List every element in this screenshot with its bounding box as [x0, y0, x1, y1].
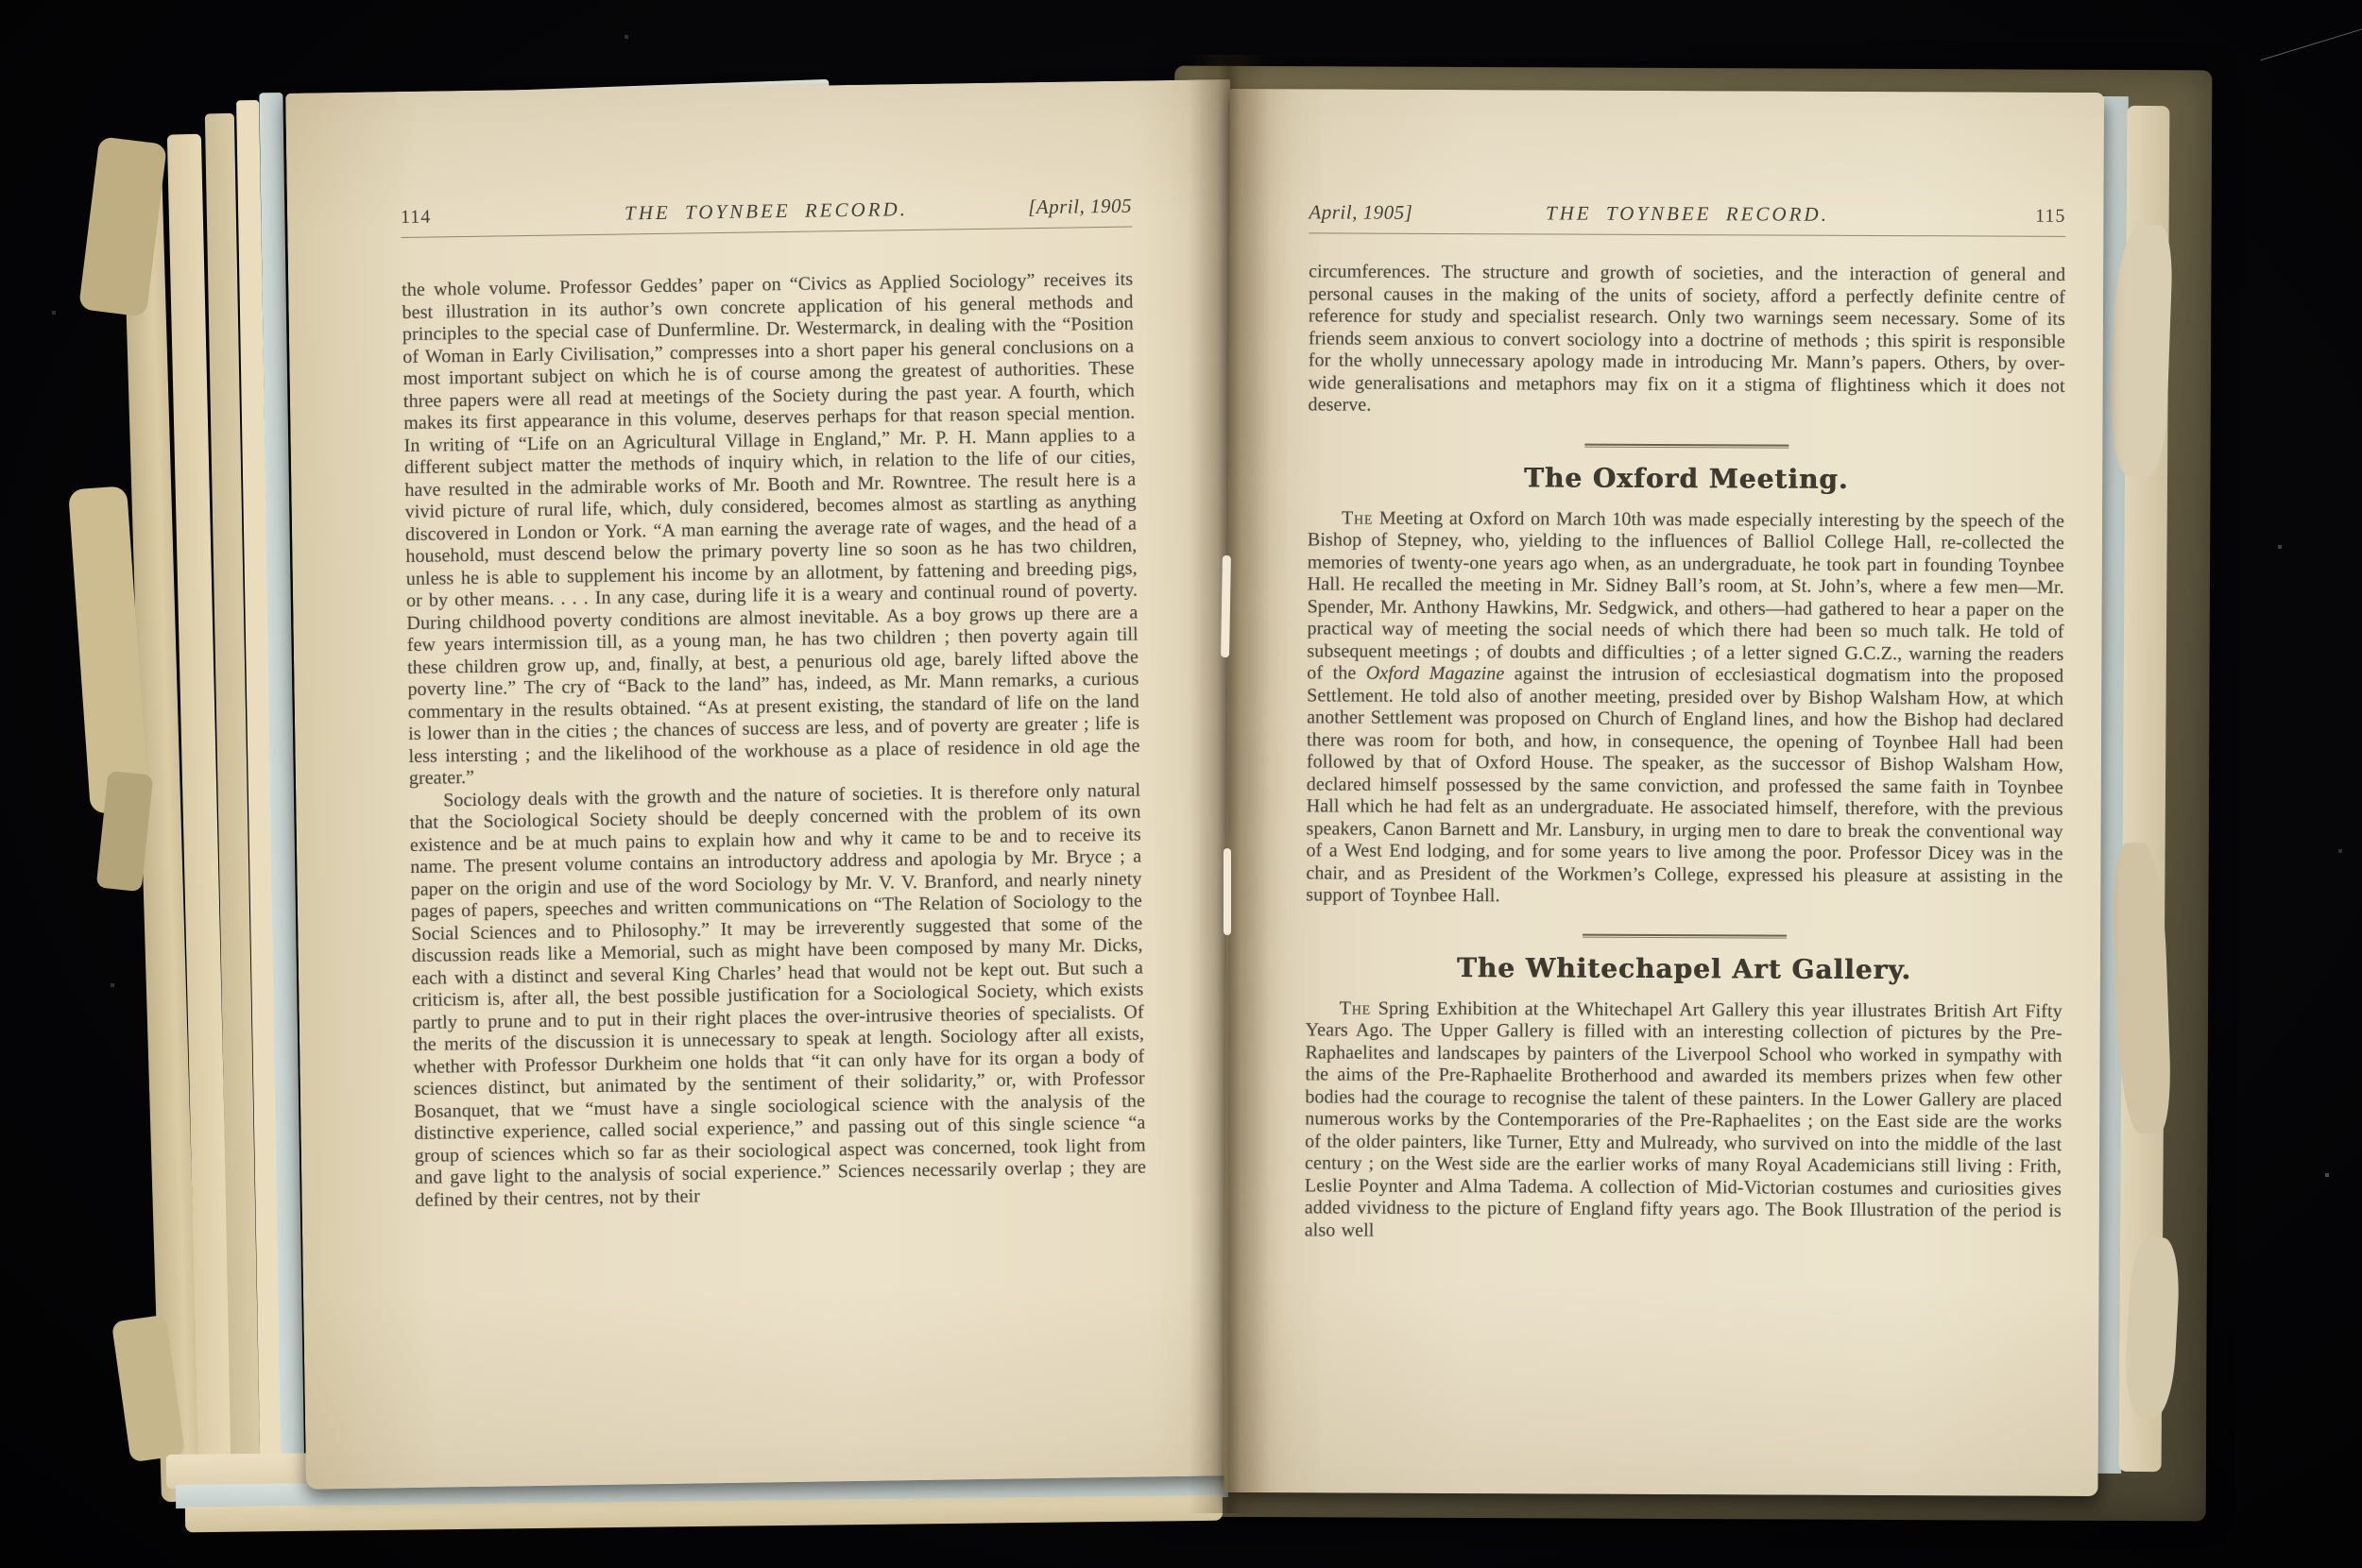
gutter-paper-sliver [1221, 555, 1231, 657]
header-rule [1309, 232, 2065, 236]
paragraph: The Spring Exhibition at the Whitechapel… [1305, 997, 2062, 1245]
italic-journal-title: Oxford Magazine [1366, 663, 1505, 685]
section-divider [1584, 443, 1789, 448]
gutter-paper-sliver [1224, 848, 1231, 935]
left-page-number: 114 [401, 207, 432, 229]
paragraph: Sociology deals with the growth and the … [409, 779, 1147, 1212]
book-photo: 114 THE TOYNBEE RECORD. [April, 1905 the… [0, 0, 2362, 1568]
right-page-number: 115 [2035, 206, 2065, 228]
section-divider [1583, 933, 1787, 938]
header-rule [401, 227, 1132, 238]
right-page-header: April, 1905] THE TOYNBEE RECORD. 115 [1309, 200, 2065, 227]
small-caps-lead: The [1342, 507, 1373, 528]
section-heading: The Whitechapel Art Gallery. [1306, 953, 2062, 984]
right-page: April, 1905] THE TOYNBEE RECORD. 115 cir… [1224, 89, 2104, 1496]
paragraph: the whole volume. Professor Geddes’ pape… [402, 269, 1140, 791]
paragraph-text: Meeting at Oxford on March 10th was made… [1307, 507, 2064, 683]
paragraph: The Meeting at Oxford on March 10th was … [1306, 507, 2064, 910]
left-page-header: 114 THE TOYNBEE RECORD. [April, 1905 [401, 195, 1132, 229]
issue-date: April, 1905] [1309, 200, 1412, 224]
section-heading: The Oxford Meeting. [1308, 463, 2064, 494]
left-page: 114 THE TOYNBEE RECORD. [April, 1905 the… [285, 79, 1251, 1490]
small-caps-lead: The [1340, 997, 1371, 1018]
paragraph-text: Spring Exhibition at the Whitechapel Art… [1305, 997, 2062, 1240]
dust-specks [0, 0, 2, 2]
running-title: THE TOYNBEE RECORD. [1546, 201, 1829, 226]
running-title: THE TOYNBEE RECORD. [625, 197, 908, 225]
paragraph: circumferences. The structure and growth… [1308, 261, 2065, 419]
scratch-mark [2260, 27, 2362, 60]
paragraph-text: against the intrusion of ecclesiastical … [1306, 663, 2063, 906]
issue-date: [April, 1905 [1028, 195, 1132, 220]
